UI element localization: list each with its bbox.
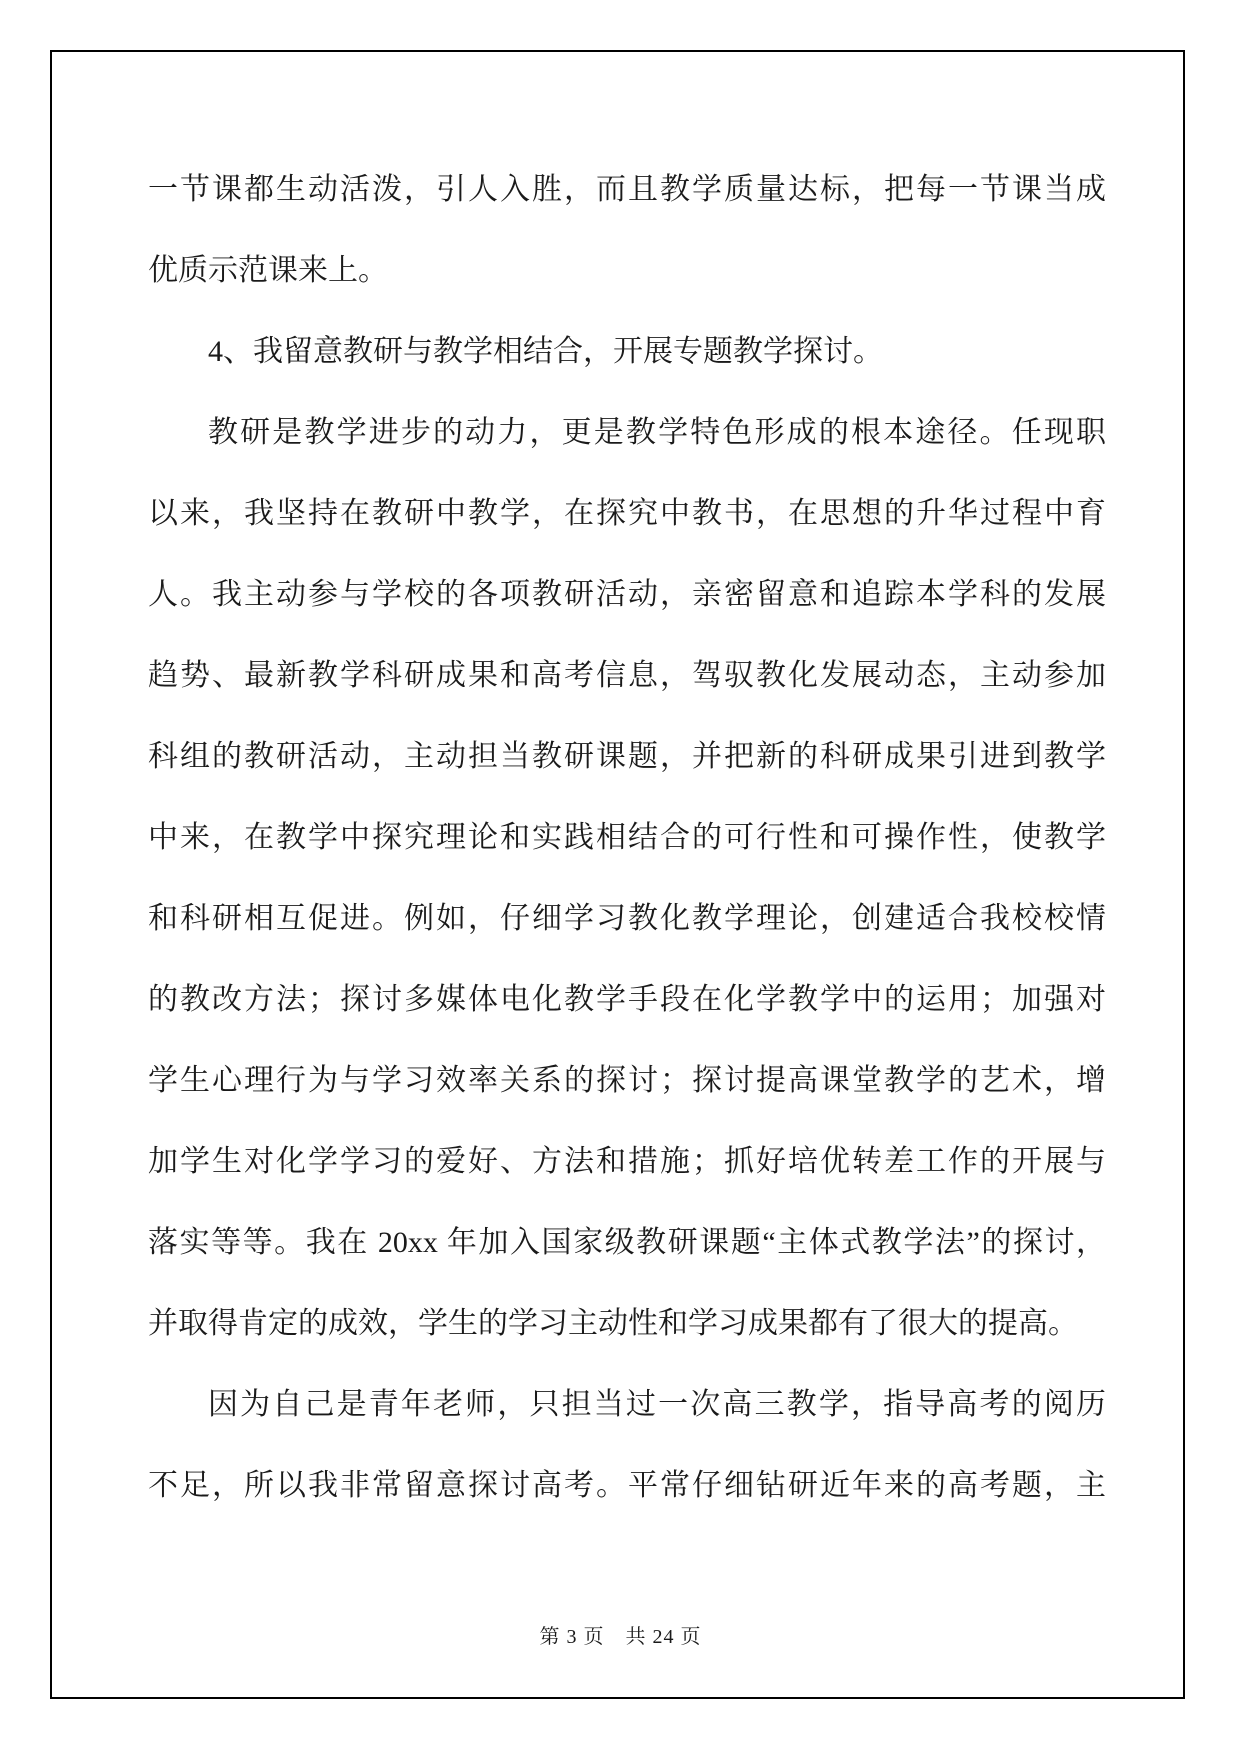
- text-line-content: 优质示范课来上。: [148, 254, 388, 287]
- text-line-content: 科组的教研活动，主动担当教研课题，并把新的科研成果引进到教学: [148, 740, 1106, 773]
- page-footer: 第 3 页 共 24 页: [0, 1620, 1241, 1649]
- text-line: 不足，所以我非常留意探讨高考。平常仔细钻研近年来的高考题，主: [148, 1445, 1106, 1526]
- text-line-content: 因为自己是青年老师，只担当过一次高三教学，指导高考的阅历: [208, 1388, 1106, 1421]
- text-line-content: 以来，我坚持在教研中教学，在探究中教书，在思想的升华过程中育: [148, 497, 1106, 530]
- text-line: 和科研相互促进。例如，仔细学习教化教学理论，创建适合我校校情: [148, 878, 1106, 959]
- document-body: 一节课都生动活泼，引人入胜，而且教学质量达标，把每一节课当成优质示范课来上。4、…: [148, 149, 1106, 1527]
- text-line: 趋势、最新教学科研成果和高考信息，驾驭教化发展动态，主动参加: [148, 635, 1106, 716]
- text-line-content: 落实等等。我在 20xx 年加入国家级教研课题“主体式教学法”的探讨，: [148, 1226, 1106, 1259]
- text-line-content: 一节课都生动活泼，引人入胜，而且教学质量达标，把每一节课当成: [148, 173, 1106, 206]
- text-line: 因为自己是青年老师，只担当过一次高三教学，指导高考的阅历: [148, 1364, 1106, 1445]
- text-line: 优质示范课来上。: [148, 230, 1106, 311]
- text-line: 4、我留意教研与教学相结合，开展专题教学探讨。: [148, 311, 1106, 392]
- text-line-content: 教研是教学进步的动力，更是教学特色形成的根本途径。任现职: [208, 416, 1106, 449]
- text-line-content: 人。我主动参与学校的各项教研活动，亲密留意和追踪本学科的发展: [148, 578, 1106, 611]
- page-number-text: 第 3 页 共 24 页: [540, 1626, 702, 1648]
- text-line-content: 加学生对化学学习的爱好、方法和措施；抓好培优转差工作的开展与: [148, 1145, 1106, 1178]
- text-line: 中来，在教学中探究理论和实践相结合的可行性和可操作性，使教学: [148, 797, 1106, 878]
- document-page: 一节课都生动活泼，引人入胜，而且教学质量达标，把每一节课当成优质示范课来上。4、…: [0, 0, 1241, 1754]
- text-line: 落实等等。我在 20xx 年加入国家级教研课题“主体式教学法”的探讨，: [148, 1202, 1106, 1283]
- text-line: 教研是教学进步的动力，更是教学特色形成的根本途径。任现职: [148, 392, 1106, 473]
- text-line-content: 和科研相互促进。例如，仔细学习教化教学理论，创建适合我校校情: [148, 902, 1106, 935]
- text-line-content: 的教改方法；探讨多媒体电化教学手段在化学教学中的运用；加强对: [148, 983, 1106, 1016]
- text-line: 一节课都生动活泼，引人入胜，而且教学质量达标，把每一节课当成: [148, 149, 1106, 230]
- text-line-content: 并取得肯定的成效，学生的学习主动性和学习成果都有了很大的提高。: [148, 1307, 1078, 1340]
- text-line: 学生心理行为与学习效率关系的探讨；探讨提高课堂教学的艺术，增: [148, 1040, 1106, 1121]
- text-line-content: 学生心理行为与学习效率关系的探讨；探讨提高课堂教学的艺术，增: [148, 1064, 1106, 1097]
- text-line: 以来，我坚持在教研中教学，在探究中教书，在思想的升华过程中育: [148, 473, 1106, 554]
- text-line: 的教改方法；探讨多媒体电化教学手段在化学教学中的运用；加强对: [148, 959, 1106, 1040]
- text-line: 人。我主动参与学校的各项教研活动，亲密留意和追踪本学科的发展: [148, 554, 1106, 635]
- text-line: 加学生对化学学习的爱好、方法和措施；抓好培优转差工作的开展与: [148, 1121, 1106, 1202]
- text-line-content: 不足，所以我非常留意探讨高考。平常仔细钻研近年来的高考题，主: [148, 1469, 1106, 1502]
- text-line-content: 趋势、最新教学科研成果和高考信息，驾驭教化发展动态，主动参加: [148, 659, 1106, 692]
- text-line-content: 4、我留意教研与教学相结合，开展专题教学探讨。: [208, 335, 883, 368]
- text-line-content: 中来，在教学中探究理论和实践相结合的可行性和可操作性，使教学: [148, 821, 1106, 854]
- text-line: 科组的教研活动，主动担当教研课题，并把新的科研成果引进到教学: [148, 716, 1106, 797]
- text-line: 并取得肯定的成效，学生的学习主动性和学习成果都有了很大的提高。: [148, 1283, 1106, 1364]
